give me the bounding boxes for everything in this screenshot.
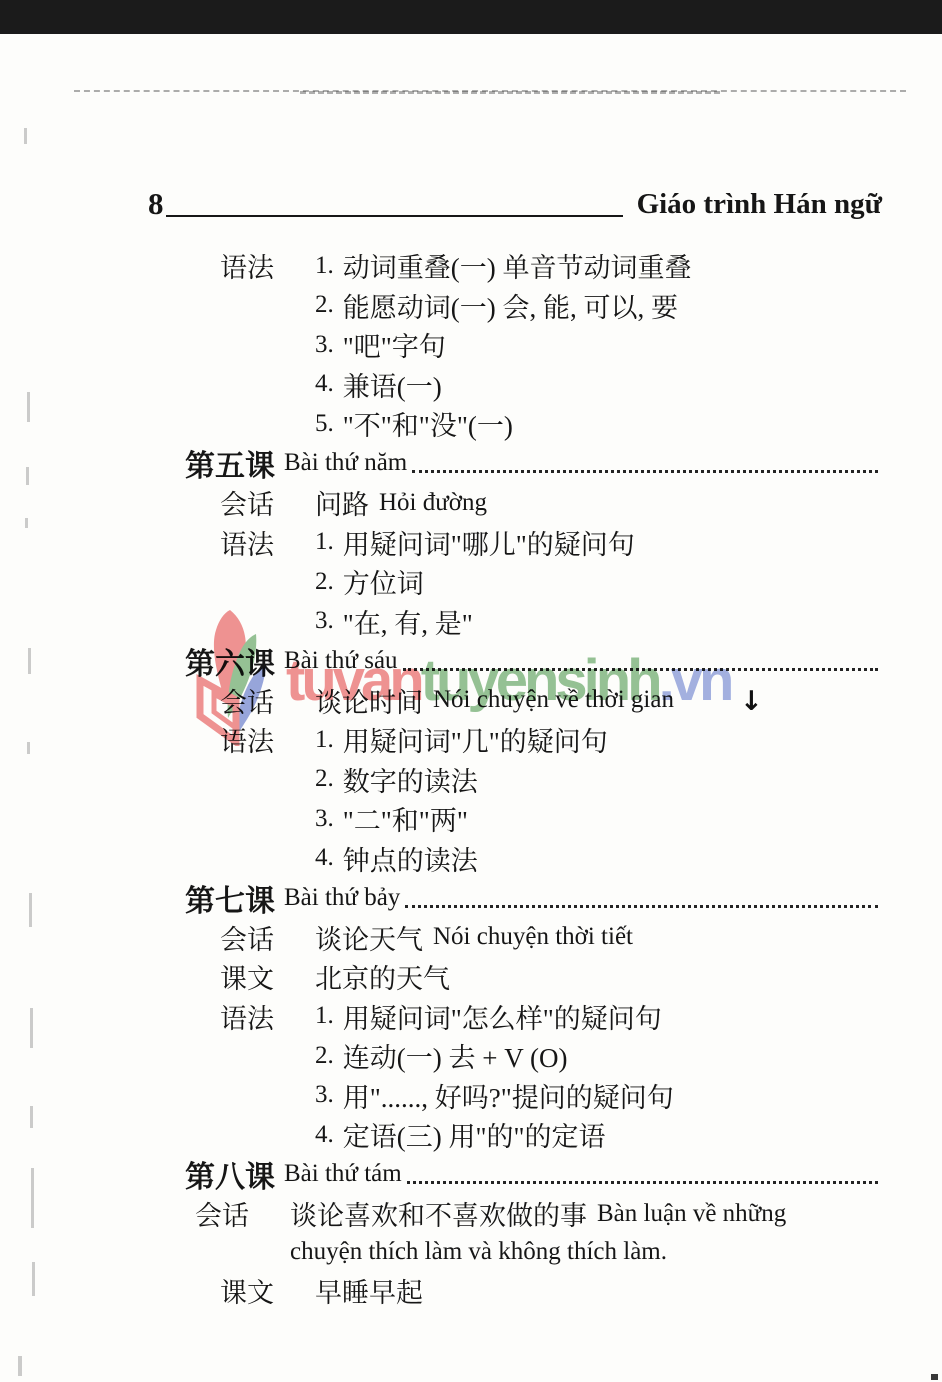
scan-artifact (30, 1106, 33, 1128)
toc-entry-row: 2. 能愿动词(一) 会, 能, 可以, 要 (150, 286, 880, 326)
entry-text-cn: 用"......, 好吗?"提问的疑问句 (343, 1076, 674, 1115)
scan-artifact (26, 467, 29, 485)
entry-text-cn: 连动(一) 去 + V (O) (343, 1036, 568, 1075)
entry-text-cn: 用疑问词"哪儿"的疑问句 (343, 523, 635, 562)
entry-text-cn: "不"和"没"(一) (343, 404, 513, 443)
watermark-text-part: tuyensinh (421, 648, 659, 713)
toc-entry-row: 课文 早睡早起 (150, 1271, 880, 1311)
entry-label: 会话 (220, 483, 315, 522)
cursor-arrow-icon: ↓ (740, 686, 763, 717)
entry-number: 3. (315, 331, 334, 359)
entry-number: 1. (315, 252, 334, 280)
dotted-leader (412, 470, 878, 473)
entry-number: 2. (315, 765, 334, 793)
entry-label: 会话 (195, 1194, 290, 1233)
entry-label: 语法 (220, 997, 315, 1036)
chapter-title-cn: 第八课 (185, 1152, 275, 1196)
entry-text-cn: "吧"字句 (343, 325, 446, 364)
toc-entry-row: 3. "二"和"两" (150, 799, 880, 839)
entry-number: 3. (315, 1081, 334, 1109)
toc-entry-row: 课文 北京的天气 (150, 957, 880, 997)
entry-number: 2. (315, 1042, 334, 1070)
dotted-leader (405, 905, 878, 908)
toc-entry-row: 5. "不"和"没"(一) (150, 404, 880, 444)
toc-entry-row: 语法 1. 用疑问词"哪儿"的疑问句 (150, 523, 880, 563)
watermark-text-part: tuvan (286, 648, 421, 713)
entry-number: 2. (315, 568, 334, 596)
toc-entry-row: 4. 定语(三) 用"的"的定语 (150, 1115, 880, 1155)
entry-text-cn: 早睡早起 (315, 1271, 423, 1310)
entry-label: 语法 (220, 523, 315, 562)
entry-number: 4. (315, 370, 334, 398)
entry-text-cn: 钟点的读法 (343, 839, 478, 878)
scan-artifact (29, 893, 32, 927)
page-number: 8 (148, 188, 164, 220)
scanned-page: 8 Giáo trình Hán ngữ 语法 1. 动词重叠(一) 单音节动词… (0, 0, 942, 1382)
toc-entry-row: 语法 1. 动词重叠(一) 单音节动词重叠 (150, 246, 880, 286)
chapter-title-viet: Bài thứ năm (284, 449, 407, 477)
entry-label: 课文 (220, 1271, 315, 1310)
entry-text-cn: 谈论天气 (315, 918, 423, 957)
entry-label: 会话 (220, 918, 315, 957)
entry-text-cn: "二"和"两" (343, 799, 468, 838)
toc-chapter-row: 第七课 Bài thứ bảy (150, 878, 880, 918)
scan-edge-line-dark (300, 91, 720, 94)
watermark-logo-icon (192, 608, 292, 746)
toc-rows: 语法 1. 动词重叠(一) 单音节动词重叠 2. 能愿动词(一) 会, 能, 可… (150, 246, 880, 1310)
entry-number: 4. (315, 1121, 334, 1149)
scan-artifact (25, 518, 28, 528)
toc-entry-row: 2. 数字的读法 (150, 760, 880, 800)
entry-text-cn: 能愿动词(一) 会, 能, 可以, 要 (343, 286, 678, 325)
toc-chapter-row: 第八课 Bài thứ tám (150, 1155, 880, 1195)
chapter-title-cn: 第五课 (185, 441, 275, 485)
entry-text-cn: 谈论喜欢和不喜欢做的事 (290, 1194, 587, 1233)
entry-text-cn: 兼语(一) (343, 365, 442, 404)
scan-artifact (24, 128, 27, 144)
toc-entry-row: 语法 1. 用疑问词"怎么样"的疑问句 (150, 997, 880, 1037)
entry-text-cn: 问路 (315, 483, 369, 522)
toc-entry-row: 2. 方位词 (150, 562, 880, 602)
header-rule (166, 215, 623, 217)
scan-artifact (30, 1008, 33, 1048)
continuation-text: chuyện thích làm và không thích làm. (290, 1238, 667, 1266)
scan-artifact (931, 1374, 938, 1380)
entry-label: 语法 (220, 246, 315, 285)
scan-artifact (28, 648, 31, 674)
entry-number: 4. (315, 844, 334, 872)
dotted-leader (407, 1181, 878, 1184)
watermark: tuvantuyensinh.vn (192, 608, 730, 746)
entry-number: 3. (315, 805, 334, 833)
entry-text-cn: 定语(三) 用"的"的定语 (343, 1115, 606, 1154)
toc-chapter-row: 第五课 Bài thứ năm (150, 444, 880, 484)
toc-entry-row: 3. "吧"字句 (150, 325, 880, 365)
toc-entry-row: 2. 连动(一) 去 + V (O) (150, 1036, 880, 1076)
entry-number: 1. (315, 1002, 334, 1030)
toc-entry-row: 会话 问路 Hỏi đường (150, 483, 880, 523)
entry-text-cn: 用疑问词"怎么样"的疑问句 (343, 997, 662, 1036)
toc-entry-row: 4. 钟点的读法 (150, 839, 880, 879)
entry-text-viet: Hỏi đường (379, 489, 487, 517)
entry-label: 课文 (220, 957, 315, 996)
scan-artifact (27, 742, 30, 754)
toc-entry-row: 4. 兼语(一) (150, 365, 880, 405)
entry-text-cn: 动词重叠(一) 单音节动词重叠 (343, 246, 692, 285)
entry-number: 5. (315, 410, 334, 438)
scan-artifact (31, 1168, 34, 1228)
scan-artifact (27, 392, 30, 422)
watermark-text: tuvantuyensinh.vn (286, 658, 730, 704)
chapter-title-viet: Bài thứ bảy (284, 884, 400, 912)
chapter-title-cn: 第七课 (185, 876, 275, 920)
entry-text-viet: Bàn luận về những (597, 1200, 786, 1228)
entry-number: 1. (315, 528, 334, 556)
watermark-text-part: .vn (659, 648, 731, 713)
scan-artifact (18, 1356, 22, 1376)
chapter-title-viet: Bài thứ tám (284, 1160, 402, 1188)
page-header: 8 Giáo trình Hán ngữ (148, 188, 882, 220)
entry-text-cn: 方位词 (343, 562, 424, 601)
scan-top-bar (0, 0, 942, 34)
entry-text-cn: 北京的天气 (315, 957, 450, 996)
toc-entry-row: 会话 谈论天气 Nói chuyện thời tiết (150, 918, 880, 958)
entry-text-cn: 数字的读法 (343, 760, 478, 799)
toc-continuation-row: chuyện thích làm và không thích làm. (150, 1234, 880, 1271)
entry-text-viet: Nói chuyện thời tiết (433, 923, 633, 951)
toc-entry-row: 3. 用"......, 好吗?"提问的疑问句 (150, 1076, 880, 1116)
book-title: Giáo trình Hán ngữ (637, 188, 882, 220)
toc-entry-row: 会话 谈论喜欢和不喜欢做的事 Bàn luận về những (150, 1194, 880, 1234)
entry-number: 2. (315, 291, 334, 319)
scan-artifact (32, 1262, 35, 1296)
